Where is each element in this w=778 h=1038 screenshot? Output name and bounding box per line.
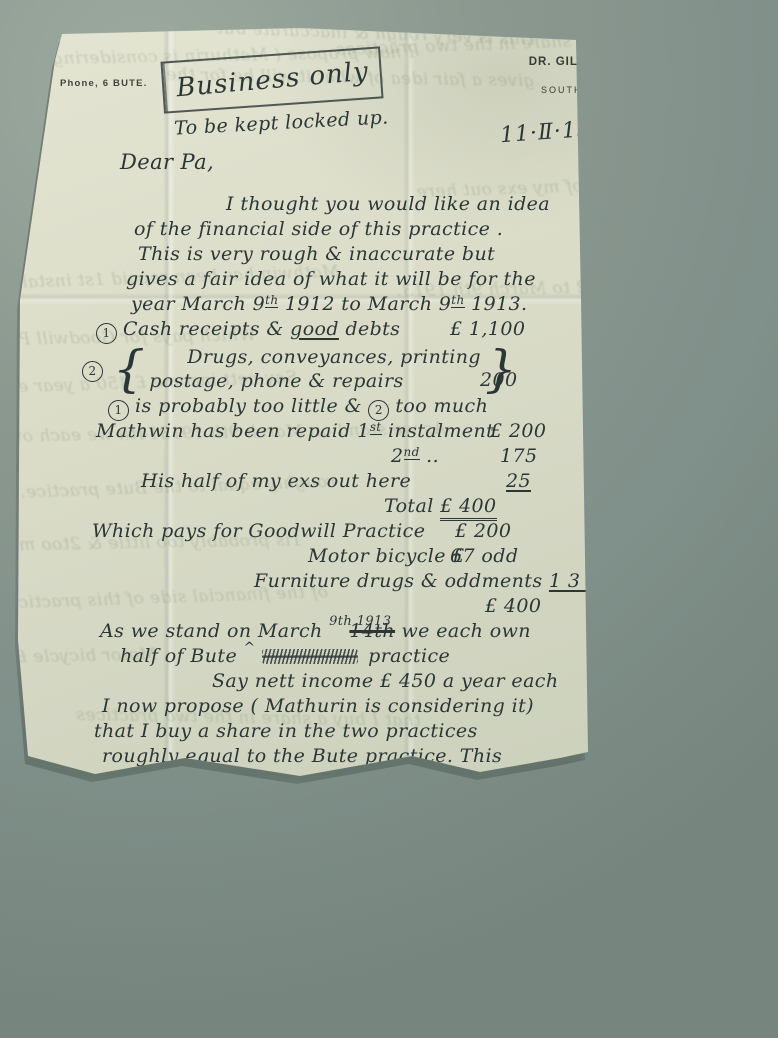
handwritten-line: This is very rough & inaccurate but — [138, 243, 495, 268]
text-segment: of the financial side of this practice . — [134, 218, 503, 240]
amount-value: £ 1,100 — [450, 318, 525, 340]
handwritten-line: 1is probably too little & 2too much — [108, 395, 488, 420]
circled-number: 2 — [82, 361, 103, 382]
handwritten-line: year March 9th 1912 to March 9th 1913. — [131, 293, 528, 318]
text-segment: gives a fair idea of what it will be for… — [126, 268, 536, 290]
handwritten-line: Furniture drugs & oddments 1 3 3 — [254, 570, 599, 595]
handwritten-line: Drugs, conveyances, printing — [149, 345, 481, 369]
handwritten-line: £ 400 — [485, 595, 541, 620]
text-segment: 2 — [391, 445, 404, 467]
text-segment: th — [451, 293, 464, 308]
amount-value: £ 200 — [455, 520, 511, 542]
text-segment: is probably too little & — [135, 395, 368, 417]
handwritten-line: I thought you would like an idea — [226, 193, 550, 218]
handwritten-line: I now propose ( Mathurin is considering … — [102, 695, 534, 720]
text-segment: .. — [420, 445, 439, 467]
text-segment: half of Bute — [120, 645, 244, 667]
letter-body: I thought you would like an ideaof the f… — [16, 28, 588, 780]
text-segment: Which pays for Goodwill Practice — [92, 520, 425, 542]
handwritten-line: Motor bicycle £67 odd — [308, 545, 465, 570]
text-segment: I thought you would like an idea — [226, 193, 550, 215]
text-segment: year March 9 — [131, 293, 265, 315]
handwritten-line: As we stand on March 9th 191314th we eac… — [100, 620, 531, 645]
text-segment: nd — [404, 445, 420, 460]
handwritten-line: 2nd ..175 — [391, 445, 439, 470]
text-segment: st — [370, 420, 382, 435]
handwritten-line: Say nett income £ 450 a year each — [212, 670, 558, 695]
scribbled-out-text — [262, 649, 358, 664]
text-segment: Furniture drugs & oddments — [254, 570, 549, 592]
text-segment: practice — [362, 645, 450, 667]
photograph-background: This is very rough & inaccurate butI now… — [0, 0, 778, 1038]
text-segment: His half of my exs out here — [141, 470, 411, 492]
text-segment: As we stand on March — [100, 620, 329, 642]
text-segment: 1912 to March 9 — [278, 293, 451, 315]
handwritten-line: that I buy a share in the two practices — [94, 720, 478, 745]
text-segment: 1 3 3 — [549, 570, 599, 592]
circled-number: 2 — [368, 400, 389, 421]
amount-value: 67 odd — [450, 545, 518, 567]
brace-left: { — [113, 347, 145, 391]
text-segment: Motor bicycle £ — [308, 545, 465, 567]
text-segment: This is very rough & inaccurate but — [138, 243, 495, 265]
amount-value: 175 — [500, 445, 537, 467]
text-segment: good — [290, 318, 339, 340]
letter-paper: This is very rough & inaccurate butI now… — [16, 28, 588, 780]
amount-value: 200 — [480, 369, 517, 391]
text-segment: Cash receipts & — [123, 318, 290, 340]
handwritten-line: His half of my exs out here25 — [141, 470, 411, 495]
text-segment: Say nett income £ 450 a year each — [212, 670, 558, 692]
text-segment: Mathwin has been repaid 1 — [96, 420, 370, 442]
circled-number: 1 — [108, 400, 129, 421]
handwritten-line: Mathwin has been repaid 1st instalment£ … — [96, 420, 494, 445]
text-segment: debts — [339, 318, 400, 340]
text-segment: Total — [384, 495, 440, 517]
handwritten-line: Total £ 400 — [384, 495, 497, 520]
text-segment: instalment — [382, 420, 495, 442]
text-segment: th — [265, 293, 278, 308]
handwritten-line: half of Bute ^ practice — [120, 645, 450, 670]
handwritten-line: postage, phone & repairs — [149, 369, 481, 393]
text-segment: 9th 1913 — [329, 614, 391, 629]
handwritten-line: Which pays for Goodwill Practice£ 200 — [92, 520, 425, 545]
text-segment: that I buy a share in the two practices — [94, 720, 478, 742]
text-segment: ^ — [244, 640, 256, 656]
text-segment: we each own — [395, 620, 531, 642]
handwritten-line: 2{Drugs, conveyances, printingpostage, p… — [82, 343, 521, 395]
text-segment: £ 400 — [485, 595, 541, 617]
handwritten-line: gives a fair idea of what it will be for… — [126, 268, 536, 293]
text-segment: 1913. — [465, 293, 528, 315]
amount-value: £ 200 — [490, 420, 546, 442]
handwritten-line: of the financial side of this practice . — [134, 218, 503, 243]
text-segment: I now propose ( Mathurin is considering … — [102, 695, 534, 717]
text-segment: too much — [395, 395, 488, 417]
brace-group-lines: Drugs, conveyances, printingpostage, pho… — [149, 345, 481, 393]
amount-value: 25 — [506, 470, 531, 492]
text-segment: £ 400 — [440, 495, 496, 521]
